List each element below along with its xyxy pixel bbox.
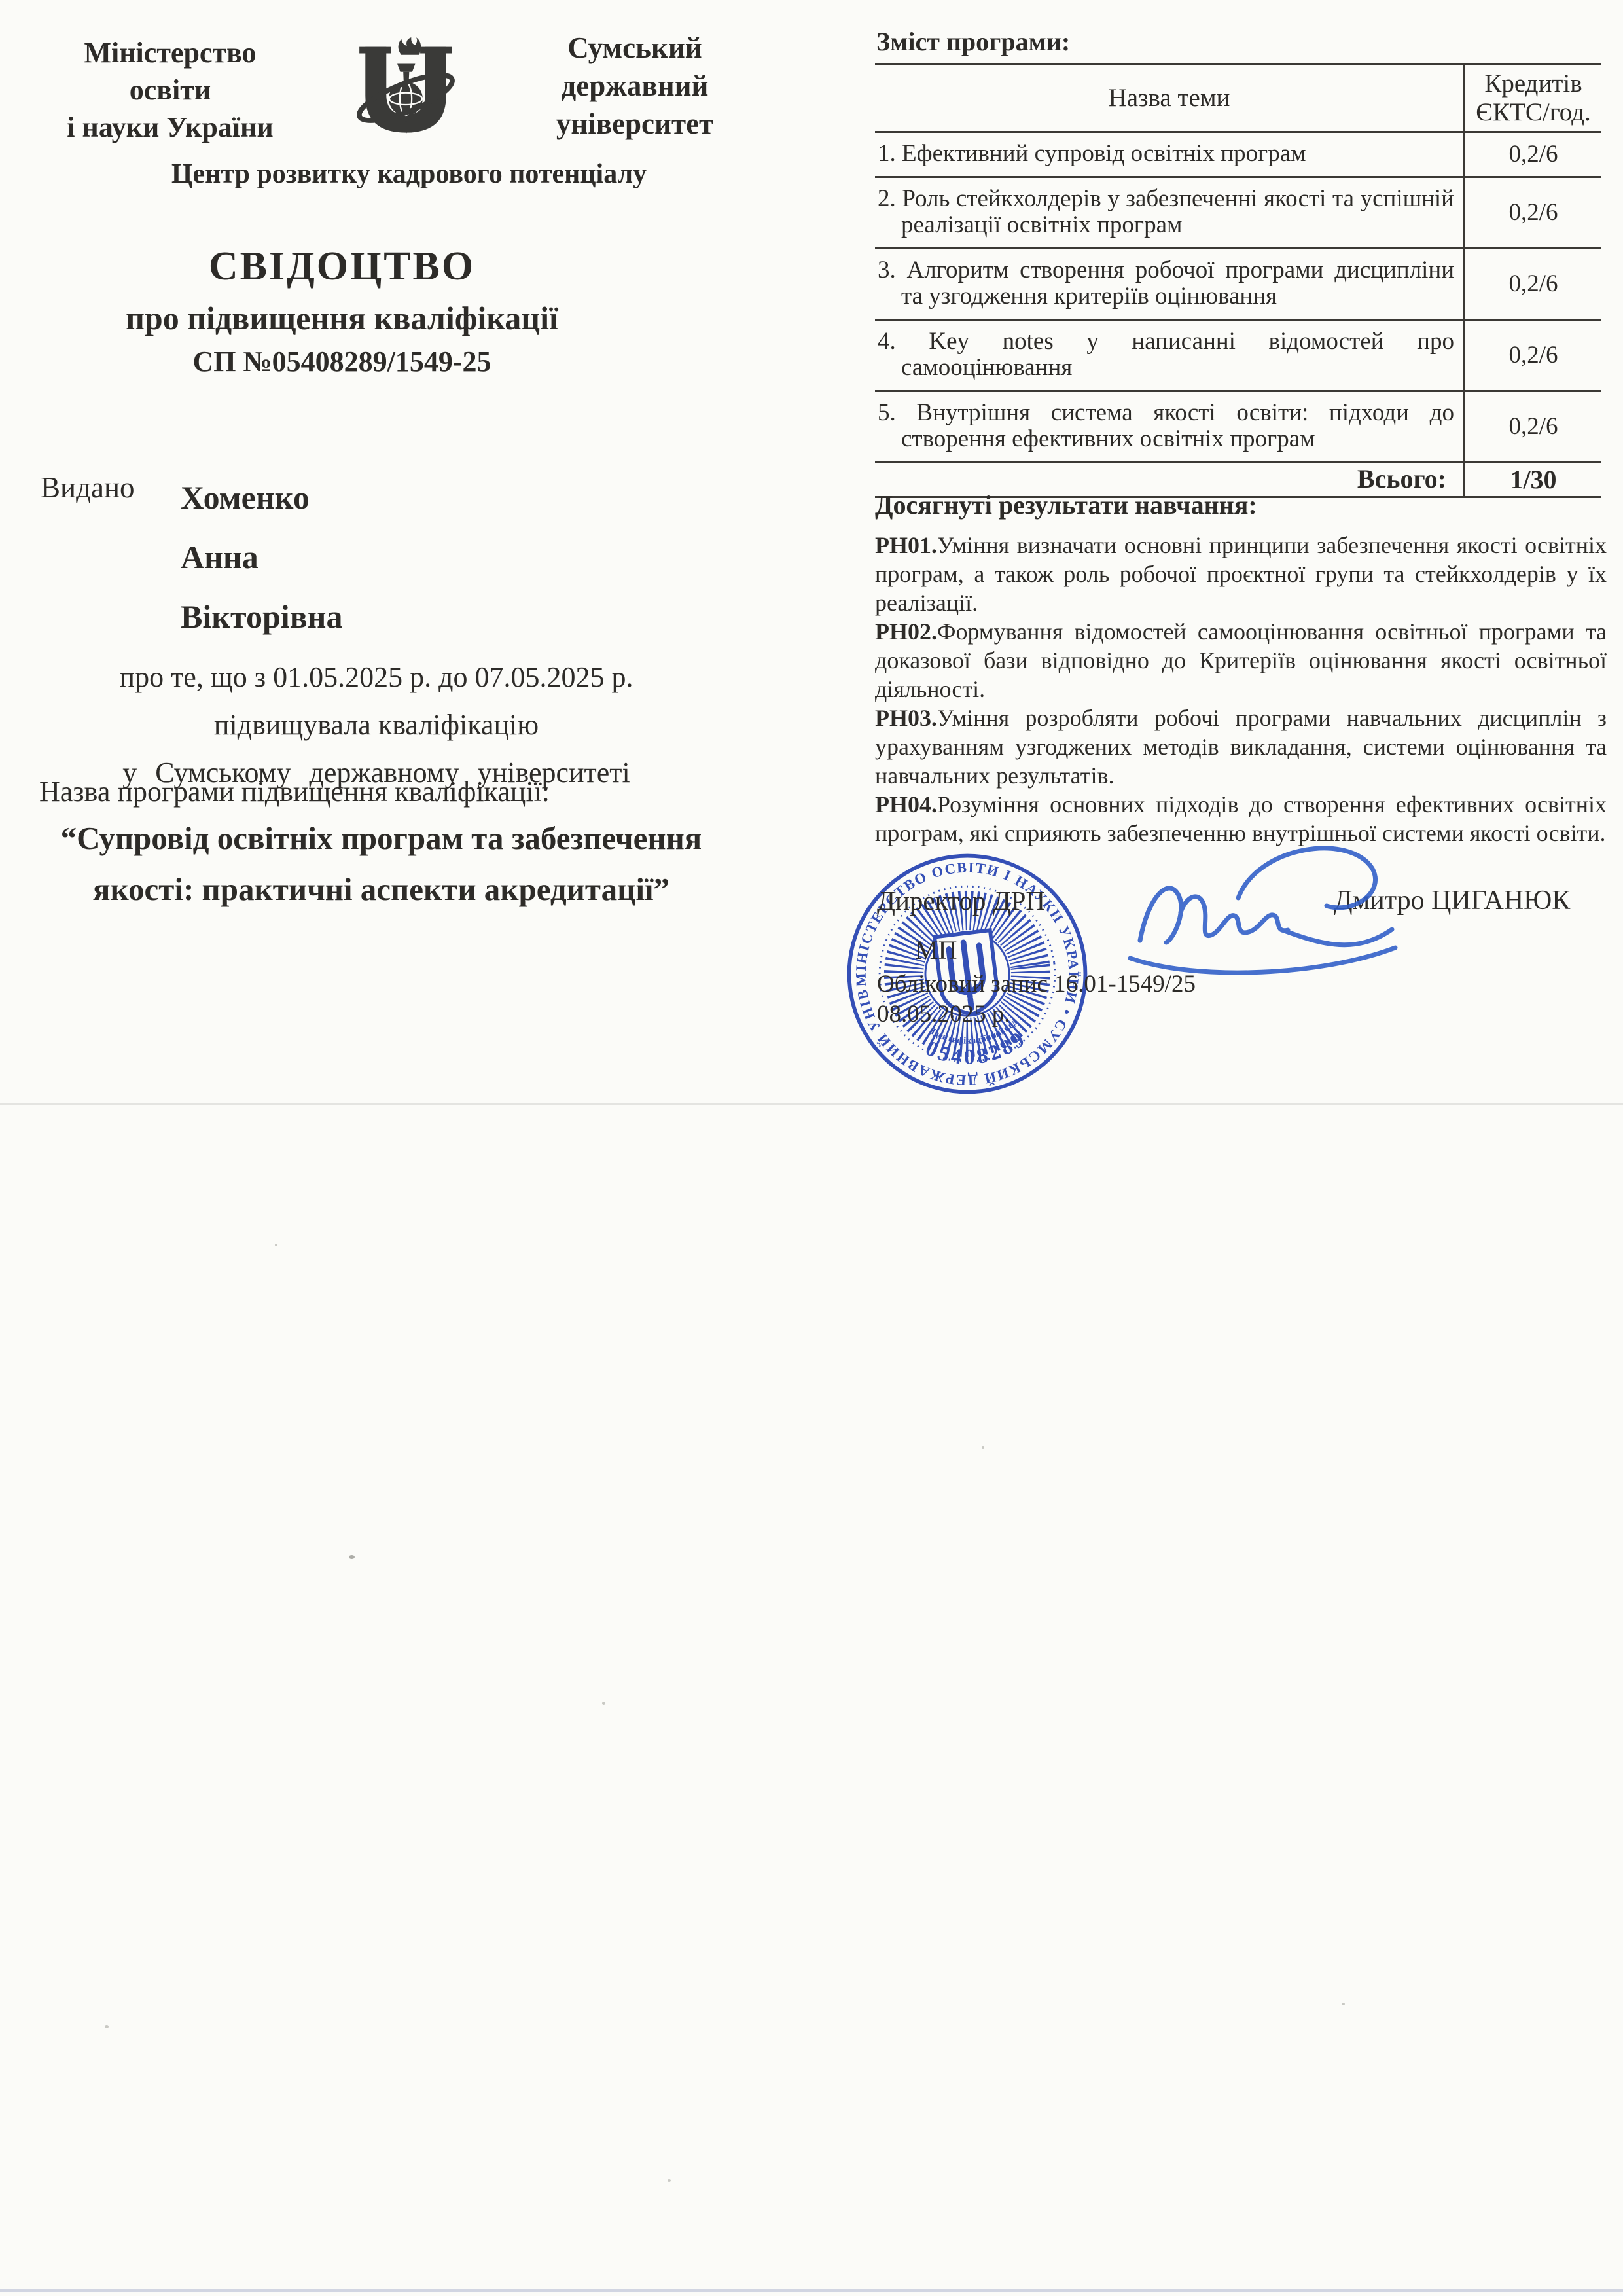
ministry-line: Міністерство xyxy=(46,34,294,71)
topic-credits: 0,2/6 xyxy=(1465,177,1602,249)
learning-outcomes-section: Досягнуті результати навчання: РН01.Умін… xyxy=(875,490,1607,848)
outcome-item: РН03.Уміння розробляти робочі програми н… xyxy=(875,704,1607,790)
scan-speck xyxy=(105,2025,109,2028)
holder-firstname: Анна xyxy=(181,528,342,587)
certificate-subtitle: про підвищення кваліфікації xyxy=(0,299,684,337)
ministry-line: і науки України xyxy=(46,109,294,146)
program-contents-heading: Зміст програми: xyxy=(876,26,1601,57)
program-contents-section: Зміст програми: Назва теми Кредитів ЄКТС… xyxy=(875,26,1601,498)
issue-date: 08.05.2025 р. xyxy=(877,1000,1010,1028)
table-row: 2. Роль стейкхолдерів у забезпеченні яко… xyxy=(875,177,1601,249)
scan-artifact-line xyxy=(0,2289,1623,2292)
sumdu-university-logo-icon xyxy=(353,37,458,148)
seal-place-label: МП xyxy=(915,935,957,965)
outcome-item: РН02.Формування відомостей самооцінюванн… xyxy=(875,617,1607,704)
scan-speck xyxy=(602,1702,605,1705)
outcome-code: РН01. xyxy=(875,532,937,558)
outcome-code: РН03. xyxy=(875,705,937,731)
holder-surname: Хоменко xyxy=(181,468,342,528)
ministry-line: освіти xyxy=(46,71,294,109)
program-name-line: “Супровід освітніх програм та забезпечен… xyxy=(0,813,762,864)
topic-title: 2. Роль стейкхолдерів у забезпеченні яко… xyxy=(878,186,1454,238)
outcome-code: РН04. xyxy=(875,791,937,817)
program-name-label: Назва програми підвищення кваліфікації: xyxy=(39,775,550,808)
certificate-title: СВІДОЦТВО xyxy=(0,243,684,290)
learning-outcomes-heading: Досягнуті результати навчання: xyxy=(875,490,1607,520)
scan-speck xyxy=(349,1555,355,1559)
period-line: про те, що з 01.05.2025 р. до 07.05.2025… xyxy=(0,653,753,701)
topic-credits: 0,2/6 xyxy=(1465,132,1602,177)
period-line: підвищувала кваліфікацію xyxy=(0,701,753,749)
university-line: університет xyxy=(517,105,753,143)
ministry-name: Міністерство освіти і науки України xyxy=(46,34,294,146)
scan-speck xyxy=(982,1446,984,1449)
outcome-text: Уміння визначати основні принципи забезп… xyxy=(875,532,1607,616)
university-line: Сумський xyxy=(517,29,753,67)
program-name: “Супровід освітніх програм та забезпечен… xyxy=(0,813,762,915)
scan-artifact-line xyxy=(0,1103,1623,1105)
topic-title: 1. Ефективний супровід освітніх програм xyxy=(878,141,1454,167)
outcome-item: РН01.Уміння визначати основні принципи з… xyxy=(875,531,1607,617)
program-name-line: якості: практичні аспекти акредитації” xyxy=(0,864,762,915)
table-row: 1. Ефективний супровід освітніх програм … xyxy=(875,132,1601,177)
university-name: Сумський державний університет xyxy=(517,29,753,143)
holder-patronymic: Вікторівна xyxy=(181,587,342,647)
certificate-title-block: СВІДОЦТВО про підвищення кваліфікації СП… xyxy=(0,243,684,378)
scan-speck xyxy=(1342,2003,1345,2005)
director-title: Директор ДРП xyxy=(877,885,1045,916)
table-header-row: Назва теми Кредитів ЄКТС/год. xyxy=(875,65,1601,132)
director-signature-icon xyxy=(1042,833,1461,990)
scan-speck xyxy=(275,1244,277,1246)
issued-label: Видано xyxy=(41,468,181,647)
topic-credits: 0,2/6 xyxy=(1465,320,1602,391)
topic-title: 5. Внутрішня система якості освіти: підх… xyxy=(878,400,1454,452)
program-contents-table: Назва теми Кредитів ЄКТС/год. 1. Ефектив… xyxy=(875,63,1601,498)
column-header-topic: Назва теми xyxy=(875,65,1465,132)
issuing-center-name: Центр розвитку кадрового потенціалу xyxy=(26,158,792,190)
university-line: державний xyxy=(517,67,753,105)
holder-name: Хоменко Анна Вікторівна xyxy=(181,468,342,647)
column-header-credits: Кредитів ЄКТС/год. xyxy=(1465,65,1602,132)
issued-block: Видано Хоменко Анна Вікторівна xyxy=(41,468,342,647)
table-row: 5. Внутрішня система якості освіти: підх… xyxy=(875,391,1601,463)
topic-title: 4. Key notes у написанні відомостей про … xyxy=(878,329,1454,381)
outcome-text: Уміння розробляти робочі програми навчал… xyxy=(875,705,1607,789)
outcome-code: РН02. xyxy=(875,619,937,645)
topic-credits: 0,2/6 xyxy=(1465,249,1602,320)
table-row: 4. Key notes у написанні відомостей про … xyxy=(875,320,1601,391)
certificate-page: Міністерство освіти і науки України Сум xyxy=(0,0,1623,2296)
certificate-number: СП №05408289/1549-25 xyxy=(0,345,684,378)
topic-title: 3. Алгоритм створення робочої програми д… xyxy=(878,257,1454,310)
scan-speck xyxy=(668,2179,671,2182)
topic-credits: 0,2/6 xyxy=(1465,391,1602,463)
outcome-text: Формування відомостей самооцінювання осв… xyxy=(875,619,1607,702)
table-row: 3. Алгоритм створення робочої програми д… xyxy=(875,249,1601,320)
